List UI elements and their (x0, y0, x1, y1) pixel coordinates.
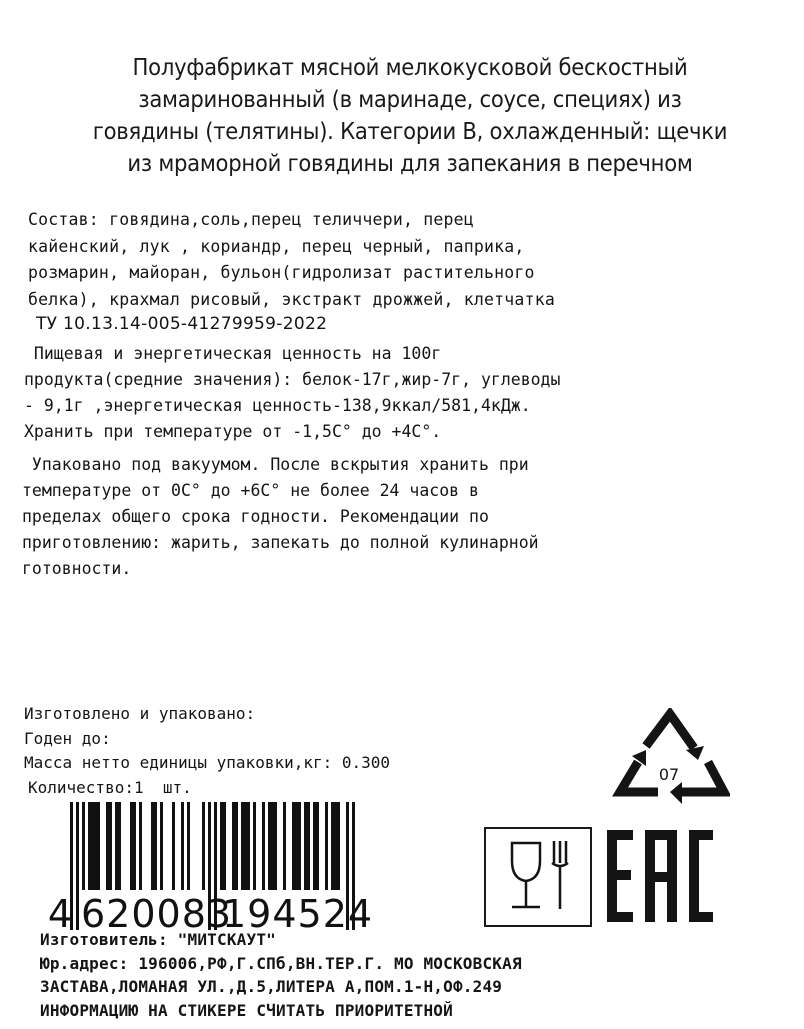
produced-label: Изготовлено и упаковано: (24, 704, 255, 723)
composition-line: кайенский, лук , кориандр, перец черный,… (28, 234, 555, 261)
composition-block: Состав: говядина,соль,перец теличчери, п… (28, 207, 555, 313)
title-line: говядины (телятины). Категории В, охлажд… (88, 116, 732, 148)
quantity-label: Количество: (28, 778, 134, 797)
storage-line: Упаковано под вакуумом. После вскрытия х… (22, 452, 539, 478)
manufacturer-name: Изготовитель: "МИТСКАУТ" (40, 928, 522, 952)
nutrition-block: Пищевая и энергетическая ценность на 100… (24, 341, 560, 445)
recycling-triangle-icon: 07 (612, 708, 730, 808)
address-line: ЗАСТАВА,ЛОМАНАЯ УЛ.,Д.5,ЛИТЕРА А,ПОМ.1-Н… (40, 975, 522, 999)
net-weight-value: 0.300 (342, 753, 390, 772)
glass-fork-icon (484, 827, 592, 927)
net-weight-label: Масса нетто единицы упаковки,кг: (24, 753, 332, 772)
title-line: Полуфабрикат мясной мелкокусковой бескос… (88, 52, 732, 84)
product-label: Полуфабрикат мясной мелкокусковой бескос… (0, 0, 804, 1029)
barcode-graphic: 4620083194524 (46, 800, 376, 930)
svg-text:620083: 620083 (81, 892, 232, 930)
technical-standard: ТУ 10.13.14-005-41279959-2022 (36, 314, 327, 334)
quantity-value: 1 шт. (134, 778, 192, 797)
nutrition-line: продукта(средние значения): белок-17г,жи… (24, 367, 560, 393)
storage-temperature: Хранить при температуре от -1,5С° до +4С… (24, 419, 560, 445)
product-title: Полуфабрикат мясной мелкокусковой бескос… (88, 52, 732, 180)
net-weight: Масса нетто единицы упаковки,кг: 0.300 (24, 751, 390, 776)
title-line: из мраморной говядины для запекания в пе… (88, 148, 732, 180)
composition-line: Состав: говядина,соль,перец теличчери, п… (28, 207, 555, 234)
storage-line: пределах общего срока годности. Рекоменд… (22, 504, 539, 530)
svg-text:194524: 194524 (222, 892, 373, 930)
eac-conformity-mark (605, 828, 715, 924)
produced-date: Изготовлено и упаковано: (24, 702, 390, 727)
title-line: замаринованный (в маринаде, соусе, специ… (88, 84, 732, 116)
storage-line: готовности. (22, 556, 539, 582)
recycle-code: 07 (659, 765, 679, 784)
storage-line: температуре от 0С° до +6С° не более 24 ч… (22, 478, 539, 504)
sticker-notice: ИНФОРМАЦИЮ НА СТИКЕРЕ СЧИТАТЬ ПРИОРИТЕТН… (40, 999, 522, 1023)
composition-line: розмарин, майоран, бульон(гидролизат рас… (28, 260, 555, 287)
storage-line: приготовлению: жарить, запекать до полно… (22, 530, 539, 556)
best-before-label: Годен до: (24, 729, 111, 748)
nutrition-line: - 9,1г ,энергетическая ценность-138,9кка… (24, 393, 560, 419)
address-line: Юр.адрес: 196006,РФ,Г.СПб,ВН.ТЕР.Г. МО М… (40, 952, 522, 976)
svg-text:4: 4 (48, 892, 72, 930)
manufacturer-block: Изготовитель: "МИТСКАУТ" Юр.адрес: 19600… (40, 928, 522, 1022)
packaging-info: Изготовлено и упаковано: Годен до: Масса… (24, 702, 390, 800)
composition-line: белка), крахмал рисовый, экстракт дрожже… (28, 287, 555, 314)
quantity: Количество:1 шт. (24, 776, 390, 801)
best-before: Годен до: (24, 727, 390, 752)
ean13-barcode: 4620083194524 (46, 800, 376, 930)
storage-after-opening: Упаковано под вакуумом. После вскрытия х… (22, 452, 539, 582)
nutrition-line: Пищевая и энергетическая ценность на 100… (24, 341, 560, 367)
